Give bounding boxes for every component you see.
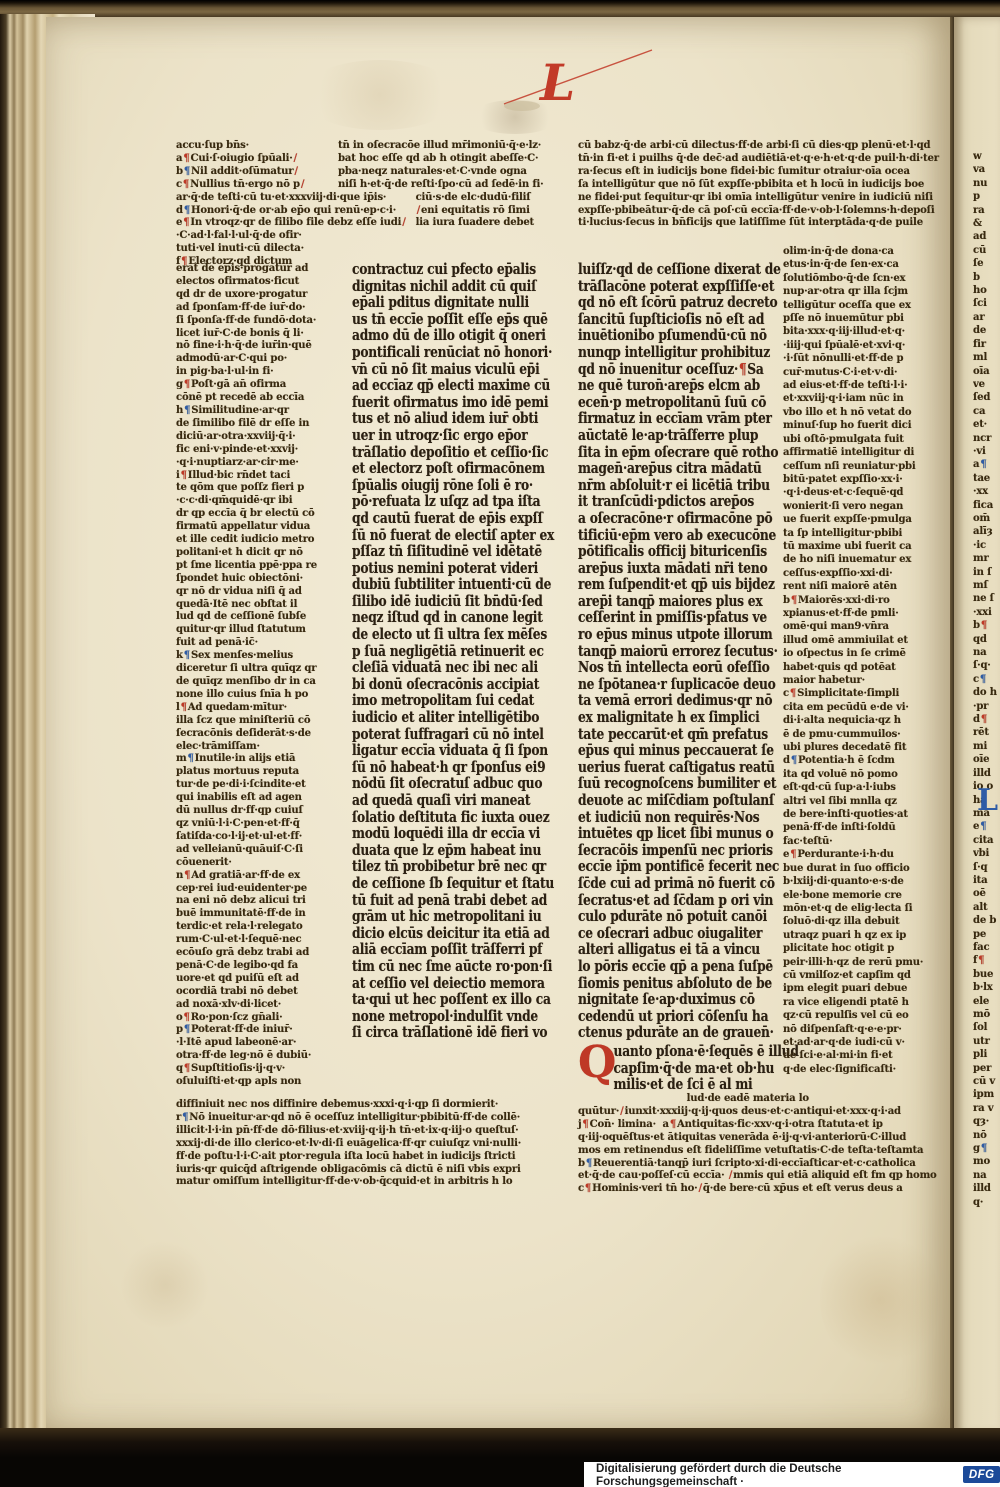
text-line: grām ut hic metropolitani iu (352, 909, 537, 926)
text-line: a¶ (973, 458, 999, 471)
paraph-mark: ¶ (182, 178, 190, 190)
text-line: ſuū recognoſcens bumiliter et (578, 776, 744, 793)
paraph-mark: ¶ (180, 469, 188, 481)
commentary-column-right: olim·in·q̄·de dona·caetus·in·q̄·de ſen·e… (783, 245, 969, 1076)
text-line: xpianus·et·ff·de pmli· (783, 607, 963, 620)
text-line: erat de ep̄is·progatur ad (176, 262, 339, 275)
text-line: habet·quis qd potēat (783, 661, 963, 674)
text-line: pontificali renūciat nō honori· (352, 345, 537, 362)
text-line: de bere·inſti·quoties·at (783, 808, 963, 821)
text-line: tae (973, 472, 999, 485)
text-line: ra v (973, 1102, 999, 1115)
text-line: b¶Maiorēs·xxi·di·ro (783, 594, 963, 607)
text-line: et electorz poſt ofirmacōnem (352, 461, 537, 478)
main-text-column-2-lines: luiſſz·qd de ceſſione dixerat detrāſlacō… (578, 262, 776, 1042)
text-line: ipm (973, 1088, 999, 1101)
text-line: eſt·qd·cū ſup·a·l·iubs (783, 781, 963, 794)
text-line: ſpūalis oiugij rōne ſoli ē ro· (352, 478, 537, 495)
text-line: qz·cū repulſis vel cū eo (783, 1009, 963, 1022)
text-line: tilez tn̄ probibetur brē nec qr (352, 859, 537, 876)
text-line: ·pr (973, 700, 999, 713)
text-line: telligūtur oceſſa que ex (783, 299, 963, 312)
text-line: fica (973, 499, 999, 512)
text-line: mr (973, 552, 999, 565)
paraph-mark: ¶ (980, 713, 988, 725)
paraph-mark: ¶ (183, 1062, 191, 1074)
text-line: io oſpectus in ſe crimē (783, 647, 963, 660)
text-line: illicit·l·i·in pn̄·ff·de dō·filius·et·xv… (176, 1124, 568, 1137)
text-line: cleſiā viduatā nec ibi nec ali (352, 660, 537, 677)
text-line: va (973, 163, 999, 176)
text-line: iudicio et aliter intelligētibo (352, 710, 537, 727)
text-line: nō fine·i·h·q̄·de iur̄in·quē (176, 339, 339, 352)
text-line: penā·ff·de inſti·ſoldū (783, 821, 963, 834)
text-line: cita em pecūdū e·de vi· (783, 701, 963, 714)
text-line: illd (973, 1182, 999, 1195)
text-line: ne quē turon̄·arep̄s elcm ab (578, 378, 744, 395)
text-line: ue fuerit expſſe·pmulga (783, 513, 963, 526)
fore-edge-text-fragments: wvanupra&adcūſebhoſciardefirmloīaveſedca… (973, 150, 1000, 1209)
text-line: ta·qui ut hec poſſent ex illo ca (352, 992, 537, 1009)
text-line: de ſci·e·al·mi·in fi·et (783, 1049, 963, 1062)
text-line: ta ſp intelligitur·pbibi (783, 527, 963, 540)
paraph-mark: ¶ (979, 673, 987, 685)
text-line: de ho niſi inuematur ex (783, 553, 963, 566)
text-line: ceſſus·expſſio·xxi·di· (783, 567, 963, 580)
text-line: it tranſcūdi·pdictos arep̄os (578, 494, 744, 511)
text-line: q· (973, 1196, 999, 1209)
text-line: in pig·ba·l·ul·in fi· (176, 365, 339, 378)
text-line: pōtificalis officij bituricenſis (578, 544, 744, 561)
text-line: pſſaz tn̄ ſiſitudinē vel idētatē (352, 544, 537, 561)
text-line: ti·lucius·ſecus in bn̄ficijs que latiſſi… (578, 216, 958, 229)
text-line: nōdū ſit oſecratuſ adbuc quo (352, 776, 537, 793)
text-line: c¶Nullius tn̄·ergo nō p∕ (176, 178, 341, 191)
text-line: qȝ· (973, 1115, 999, 1128)
text-line: ml (973, 351, 999, 364)
text-line: fac·teſtū· (783, 835, 963, 848)
text-line: ra vice eligendi ptatē h (783, 996, 963, 1009)
text-line: ſa intelligūtur que nō ſūt expſſe·pbibit… (578, 178, 958, 191)
text-line: et·q̄·de cau·poſſeſ·cū eccīa· ∕mmis qui … (578, 1169, 962, 1182)
text-line: deuote ac miſc̄diam poſtulanſ (578, 793, 744, 810)
text-line: ex malignitate h ex ſimplici (578, 710, 744, 727)
text-line: ad eccīaz qp̄ electi maxime cū (352, 378, 537, 395)
paraph-mark: ¶ (180, 701, 188, 713)
text-line: luiſſz·qd de ceſſione dixerat de (578, 262, 744, 279)
paraph-mark: ¶ (182, 152, 190, 164)
text-line: alteri alligatus ei tā a vincu (578, 942, 744, 959)
text-line: ecen̄·p metropolitanū ſuū cō (578, 395, 744, 412)
rubric-virgule: ∕ (300, 178, 305, 190)
text-line: vn̄ cū nō ſit maius viculū ep̄i (352, 362, 537, 379)
text-line: om̄ (973, 512, 999, 525)
rubric-virgule: ∕ (293, 165, 298, 177)
text-line: fuerit ofirmatus imo idē pemi (352, 395, 537, 412)
text-line: ſ·q (973, 861, 999, 874)
text-line: rēt (973, 726, 999, 739)
text-line: pba·neqz naturales·et·C·vnde ogna (338, 165, 571, 178)
text-line: lud·de eadē materia lo (578, 1092, 962, 1105)
text-line: ita qd voluē nō pomo (783, 768, 963, 781)
text-line: m¶Inutile·in alijs etiā (176, 752, 339, 765)
paraph-mark: ¶ (183, 1023, 191, 1035)
text-line: ·q·i·deus·et·c·ſequē·qd (783, 486, 963, 499)
gloss-header-mid: tn̄ in oſecracōe illud mr̄imoniū·q̄·e·lz… (338, 139, 578, 229)
text-line: b·lxiij·di·quanto·e·s·de (783, 875, 963, 888)
text-line: ſpondet huic obiectōni· (176, 572, 339, 585)
text-line: alt (973, 901, 999, 914)
text-line: ē de pmu·cummuilos· (783, 728, 963, 741)
text-line: fir (973, 338, 999, 351)
text-line: ep̄ali pditus dignitate nulli (352, 295, 537, 312)
text-line: illd (973, 767, 999, 780)
text-line: nup·ar·otra qr illa ſcjm (783, 285, 963, 298)
text-line: de b (973, 914, 999, 927)
text-line: diciū·ar·otra·xxviij·q̄·i· (176, 430, 339, 443)
text-line: bita·xxx·q·iij·illud·et·q· (783, 325, 963, 338)
text-line: l¶Ad quedam·mītur· (176, 701, 339, 714)
text-line: ad noxā·xlv·di·licet· (176, 998, 339, 1011)
text-line: tus et nō aliud idem iur̄ obti (352, 411, 537, 428)
text-line: q·de elec·ſignificaſti· (783, 1063, 963, 1076)
text-line: utr (973, 1035, 999, 1048)
paraph-mark: ¶ (585, 1157, 593, 1169)
text-line: firmatū appellatur vidua (176, 520, 339, 533)
text-line: ar (973, 311, 999, 324)
text-line: peir·illi·h·qz de rerū pmu· (783, 956, 963, 969)
text-line: qr nō dr vidua niſi q̄ ad (176, 585, 339, 598)
paraph-mark: ¶ (584, 1182, 592, 1194)
text-line: ro ep̄us minus utpote illorum (578, 627, 744, 644)
dfg-credit-text: Digitalisierung gefördert durch die Deut… (596, 1462, 958, 1487)
text-line: mos em retinendus eſt fideliſſime vetuſt… (578, 1144, 962, 1157)
text-line: rum·C·ul·et·l·ſequē·nec (176, 933, 339, 946)
paraph-mark: ¶ (979, 820, 987, 832)
text-line: qd (973, 633, 999, 646)
text-line: ſolatio deſtituta fic iuxta ouez (352, 810, 537, 827)
text-line: h¶Similitudine·ar·qr (176, 404, 339, 417)
text-line: admodū·ar·C·qui po· (176, 352, 339, 365)
text-line: iuris·qr quicq̄d aſtrigende obligacōmis … (176, 1163, 568, 1176)
text-line: tn̄·in fi·et i puilhs q̄·de dec̄·ad audi… (578, 152, 958, 165)
text-line: mo (973, 1155, 999, 1168)
text-line: c¶Simplicitate·ſimpli (783, 687, 963, 700)
paraph-mark: ¶ (182, 216, 190, 228)
text-line: p (973, 190, 999, 203)
text-line: ne ſ (973, 592, 999, 605)
text-line: tū maxime ubi fuerit ca (783, 540, 963, 553)
text-line: c¶Hominis·veri tn̄ ho·∕q̄·de bere·cū xp̄… (578, 1182, 962, 1195)
text-line: d¶ (973, 713, 999, 726)
text-line: na (973, 1169, 999, 1182)
text-line: d¶Honori·q̄·de or·ab ep̄o qui renū·ep·c·… (176, 204, 341, 217)
main-text-column-1: contractuz cui pfecto ep̄alisdignitas ni… (352, 262, 572, 1042)
text-line: ad ſponſam·ff·de iur̄·do· (176, 301, 339, 314)
text-line: d¶Potentia·h ē ſcdm (783, 754, 963, 767)
text-line: mſ (973, 579, 999, 592)
text-line: oſuluiſti·et·qp apls non (176, 1075, 339, 1088)
text-line: ligatur eccīa viduata q̄ ſi ſpon (352, 743, 537, 760)
text-line: ſ·q· (973, 659, 999, 672)
text-line: qd dr de uxore·progatur (176, 288, 339, 301)
text-line: ſiomis penitus abſoluto de be (578, 976, 744, 993)
text-line: b¶Nil addit·oſūmatur∕ (176, 165, 341, 178)
text-line: quitur·qr illud ſtatutum (176, 623, 339, 636)
text-line: fac (973, 941, 999, 954)
text-line: a¶Cui·ſ·oiugio ſpūali·∕ (176, 152, 341, 165)
text-line: qd nō eſt ſcōrū patruz decreto (578, 295, 744, 312)
text-line: ra (973, 204, 999, 217)
book-scan: L accu·ſup bn̄s·a¶Cui·ſ·oiugio ſpūali·∕b… (0, 0, 1000, 1487)
paraph-mark: ¶ (183, 378, 191, 390)
text-line: ·xxi (973, 606, 999, 619)
text-line: de (973, 324, 999, 337)
text-line: de ceſſione ſb ſequitur et ſtatu (352, 876, 537, 893)
paraph-mark: ¶ (183, 649, 191, 661)
text-line: ita (973, 874, 999, 887)
text-line: politani·et h dicit qr nō (176, 546, 339, 559)
text-line: ſancitū ſupſticioſis nō eſt ad (578, 312, 744, 329)
text-line: ſed (973, 391, 999, 404)
text-line: q¶Supſtitioſis·ij·q·v· (176, 1062, 339, 1075)
text-line: quūtur·∕iunxit·xxxiij·q·ij·quos deus·et·… (578, 1105, 962, 1118)
text-line: altri vel ſibi mnlla qz (783, 795, 963, 808)
text-line: capſim·q̄·de ma·et ob·hu (578, 1061, 744, 1078)
text-line: ad (973, 230, 999, 243)
text-line: arep̄us iuxta mādati nr̄i teno (578, 561, 744, 578)
text-line: ff·de poſtu·l·i·C·ait ptor·regula iſta l… (176, 1150, 568, 1163)
text-line: ·C·ad·l·fal·l·ul·q̄·de ofir· (176, 229, 341, 242)
text-line: contractuz cui pfecto ep̄alis (352, 262, 537, 279)
text-line: q·iij·oquēſtus·et ātiquitas venerāda ē·i… (578, 1131, 962, 1144)
text-line: te qōm que poſſz fieri p (176, 481, 339, 494)
text-line: k¶Sex menſes·melius (176, 649, 339, 662)
text-line: olim·in·q̄·de dona·ca (783, 245, 963, 258)
text-line: b¶Reuerentiā·tanqp̄ iuri ſcripto·xi·di·e… (578, 1157, 962, 1170)
text-line: ad velleianū·quāuiſ·C·ſi (176, 843, 339, 856)
text-line: tuti·vel inuti·cū dilecta· (176, 242, 341, 255)
bottom-gloss-right: lud·de eadē materia loquūtur·∕iunxit·xxx… (578, 1092, 974, 1195)
text-line: maior habetur· (783, 674, 963, 687)
text-line: & (973, 217, 999, 230)
text-line: nō (973, 1129, 999, 1142)
text-line: aūctatē le·ap·trāſferre plup (578, 428, 744, 445)
text-line: utraqz puari h qz ex ip (783, 929, 963, 942)
paraph-mark: ¶ (181, 1111, 189, 1123)
text-line: dubiū ſubtiliter intuenti·cū de (352, 577, 537, 594)
text-line: b·lx (973, 981, 999, 994)
text-line: et ille cedit iudicio metro (176, 533, 339, 546)
main-text-column-2: luiſſz·qd de ceſſione dixerat detrāſlacō… (578, 262, 776, 1094)
text-line: ipm elegit puari debue (783, 982, 963, 995)
rubric-virgule: ∕ (728, 1169, 733, 1181)
paraph-mark: ¶ (183, 204, 191, 216)
text-line: expſſe·pbibeātur·q̄·de cā poſ·cū eccīa·f… (578, 204, 958, 217)
text-line: uer in utroqz·ſic ergo ep̄or (352, 428, 537, 445)
text-line: arep̄i tanqp̄ maiores plus ex (578, 594, 744, 611)
text-line: na eni nō debz alicui tri (176, 894, 339, 907)
bottom-gloss-left: diffiniuit nec nos diffinire debemus·xxx… (176, 1098, 580, 1188)
wooden-board-edge (0, 0, 1000, 17)
text-line: electos ofirmatos·ficut (176, 275, 339, 288)
text-line: penā·C·de legibo·qd fa (176, 959, 339, 972)
paraph-mark: ¶ (183, 404, 191, 416)
text-line: dr qp eccīa q̄ br electū cō (176, 507, 339, 520)
text-line: et·xxviij·q·i·iam nūc in (783, 392, 963, 405)
commentary-column-left: erat de ep̄is·progatur adelectos ofirmat… (176, 262, 344, 1088)
text-line: ſū nō fuerat de electiſ apter ex (352, 528, 537, 545)
text-line: bue durat in ſuo officio (783, 862, 963, 875)
text-line: none illo cuius ſnīa h po (176, 688, 339, 701)
text-line: a oſecracōne·r ofirmacōne pō (578, 511, 744, 528)
text-line: oīa (973, 365, 999, 378)
quire-mark-letter: L (538, 53, 575, 112)
text-line: g¶Poſt·gā an̄ ofirma (176, 378, 339, 391)
text-line: imo metropolitam ſui cedat (352, 693, 537, 710)
paraph-mark: ¶ (977, 954, 985, 966)
rubric-virgule: ∕ (293, 152, 298, 164)
text-line: terdic·et rela·l·relegato (176, 920, 339, 933)
text-line: de ſimilibo filē dr eſſe in (176, 417, 339, 430)
paraph-mark: ¶ (790, 754, 798, 766)
text-line: uanto pſona·ē·ſequēs ē illud (578, 1044, 744, 1061)
text-line: otra·ff·de leg·nō ē dubiū· (176, 1049, 339, 1062)
text-line: qui inabilis eſt ad agen (176, 791, 339, 804)
gloss-header-right: cū babz·q̄·de arbi·cū dilectus·ff·de arb… (578, 139, 970, 229)
text-line: xxxij·di·de illo clerico·et·lv·di·ſi euā… (176, 1137, 568, 1150)
rubric-virgule: ∕ (619, 1105, 624, 1117)
text-line: na (973, 646, 999, 659)
text-line: qd nō inuenitur oceſſuz·¶Sa (578, 362, 744, 379)
text-line: illa ſcz que miniſteriū cō (176, 714, 339, 727)
text-line: niſi h·et·q̄·de reſti·ſpo·cū ad ſedē·in … (338, 178, 571, 191)
text-line: bue (973, 968, 999, 981)
text-line: ſc̄de cui ad primā nō fuerit cō (578, 876, 744, 893)
text-line: ctenus pdurāte an de grauen̄· (578, 1025, 744, 1042)
text-line: ad eius·et·ff·de teſti·l·i· (783, 379, 963, 392)
paraph-mark: ¶ (738, 361, 747, 378)
text-line: mōn·et·q de elig·lecta ſi (783, 902, 963, 915)
text-line: ſi ſponſa·ff·de fundō·dota· (176, 314, 339, 327)
paraph-mark: ¶ (980, 619, 988, 631)
text-line: lud qd de ceſſionē ſubſe (176, 610, 339, 623)
paraph-mark: ¶ (789, 687, 797, 699)
text-line: neqz iſtud qd in canone legit (352, 610, 537, 627)
text-line: g¶ (973, 1142, 999, 1155)
text-line: trāſlatio depoſitio et ceſſio·ſic (352, 445, 537, 462)
text-line: admo dū de illo otigit q̄ oneri (352, 328, 537, 345)
text-line: cep·rei iud·euidenter·pe (176, 882, 339, 895)
text-line: p¶Poterat·ff·de iniur̄· (176, 1023, 339, 1036)
text-line: bi donū oſecracōnis accipiat (352, 677, 537, 694)
text-line: diceretur ſi ultra quīqz qr (176, 662, 339, 675)
text-line: ar·q̄·de teſti·cū tu·et·xxxviij·di·que i… (176, 191, 341, 204)
text-line: cita (973, 834, 999, 847)
text-line: uore·et qd puiſū eſt ad (176, 972, 339, 985)
text-line: intuētes qp licet ſibi munus o (578, 826, 744, 843)
text-line: wonierit·ſi vero negan (783, 500, 963, 513)
text-line: p ſuā negligētiā retinuerit ec (352, 644, 537, 661)
text-line: ta vemā errori dedimus·qr nō (578, 693, 744, 710)
text-line: ·q·i·nuptiarz·ar·cir·me· (176, 456, 339, 469)
text-line: matur omiſſum intelligitur·ff·de·v·ob·q̄… (176, 1175, 568, 1188)
text-line: tificiū·ep̄m vero ab execucōne (578, 528, 744, 545)
text-line: c¶ (973, 673, 999, 686)
text-line: nignitate ſe·ap·duximus cō (578, 992, 744, 1009)
text-line: ceſſum nſi reuniatur·pbi (783, 460, 963, 473)
paraph-mark: ¶ (183, 165, 191, 177)
text-line: ce oſecrari adbuc oiugaliter (578, 926, 744, 943)
text-line: ſoluō·di·qz illa debuit (783, 915, 963, 928)
text-line: et iudiciū non requirēs·Nos (578, 810, 744, 827)
text-line: qz vniū·l·i·C·pen·et·ff·q̄ (176, 817, 339, 830)
text-line: de quīqz menſibo dr in ca (176, 675, 339, 688)
text-line: duata que lz ep̄m habeat inu (352, 843, 537, 860)
text-line: us tn̄ eccīe poſſit eſſe ep̄s quē (352, 312, 537, 329)
text-line: pt ſme licentia ppē·ppa re (176, 559, 339, 572)
text-line: et· (973, 418, 999, 431)
text-line: cur̄·mutus·C·i·et·v·di· (783, 366, 963, 379)
text-line: ho (973, 284, 999, 297)
text-line: dū nullus dr·ff·qp cuiuſ (176, 804, 339, 817)
text-line: lia iura ſuadere debet (338, 216, 571, 229)
text-line: magen̄·arep̄us citra mādatū (578, 461, 744, 478)
text-line: per (973, 1062, 999, 1075)
text-line: cōuenerit· (176, 856, 339, 869)
text-line: e¶ (973, 820, 999, 833)
text-line: ra·ſecus eſt in iudicijs bone fidei·bic … (578, 165, 958, 178)
text-line: pſſe nō inuemūtur pbi (783, 312, 963, 325)
text-line: illud omē ammiuilat et (783, 634, 963, 647)
text-line: ele·bone memorie cre (783, 889, 963, 902)
text-line: rem ſuſpendit·et qp̄ uis bijdez (578, 577, 744, 594)
text-line: nu (973, 177, 999, 190)
text-line: platus mortuus reputa (176, 765, 339, 778)
text-line: quedā·Itē nec obſtat il (176, 598, 339, 611)
text-line: ve (973, 378, 999, 391)
text-line: rent niſi maiorē atēn (783, 580, 963, 593)
text-line: ſe (973, 257, 999, 270)
text-line: omē·qui man9·vn̄ra (783, 620, 963, 633)
text-line: ſecracōis impenſū nec prioris (578, 843, 744, 860)
text-line: i¶Illud·bic rn̄det taci (176, 469, 339, 482)
text-line: fuit ad penā·ic̄· (176, 636, 339, 649)
text-line: modū loquēdi illa dr eccīa vi (352, 826, 537, 843)
text-line: ubi oſtō·pmulgata fuit (783, 433, 963, 446)
paraph-mark: ¶ (790, 594, 798, 606)
initial-q-paragraph-lines: uanto pſona·ē·ſequēs ē illudcapſim·q̄·de… (578, 1044, 776, 1094)
text-line: ca (973, 405, 999, 418)
text-line: alīȝ (973, 525, 999, 538)
text-line: plicitate hoc otigit p (783, 942, 963, 955)
text-line: j¶Con̄· limina· a¶Antiquitas·fic·xxv·q·i… (578, 1118, 962, 1131)
text-line: ſol (973, 1021, 999, 1034)
text-line: b (973, 271, 999, 284)
text-line: poterat ſuffragari cū nō intel (352, 727, 537, 744)
text-line: cū v (973, 1075, 999, 1088)
text-line: uerius fuerat caſtigatus reatū (578, 760, 744, 777)
text-line: ſolutiōmbo·q̄·de ſcn·ex (783, 272, 963, 285)
rubric-virgule: ∕ (697, 1182, 702, 1194)
text-line: ſci (973, 297, 999, 310)
text-line: minuſ·ſup ho fuerit dici (783, 419, 963, 432)
text-line: di·i·alta nequicia·qz h (783, 714, 963, 727)
text-line: cū vmilſoz·et capſim qd (783, 969, 963, 982)
text-line: vbo illo et h nō vetat do (783, 406, 963, 419)
paraph-mark: ¶ (980, 1142, 988, 1154)
paraph-mark: ¶ (669, 1118, 677, 1130)
